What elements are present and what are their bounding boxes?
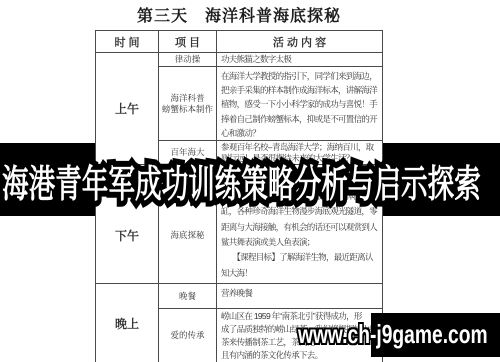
header-project: 项 目 (159, 31, 217, 53)
project-cell: 百年海大 (159, 141, 217, 165)
page: 第三天 海洋科普海底探秘 时 间 项 目 活 动 内 容 上午 律动操 功夫熊猫… (0, 0, 500, 362)
time-cell-morning: 上午 (96, 53, 159, 165)
content-cell: 参观百年名校--青岛海洋大学；海纳百川，取 则行远！是否很期待未来的大学生活？ (217, 141, 383, 165)
table-row: 上午 律动操 功夫熊猫之数字太极 (96, 53, 383, 67)
schedule-title: 第三天 海洋科普海底探秘 (95, 3, 383, 26)
table-header-row: 时 间 项 目 活 动 内 容 (96, 31, 383, 53)
header-time: 时 间 (96, 31, 159, 53)
project-cell: 海洋科普 螃蟹标本制作 (159, 67, 217, 141)
project-cell: 爱的传承 (159, 309, 217, 362)
content-cell: 在海洋大学教授的指引下，同学们来到海边， 把亲手采集的样本制作成海洋标本，讲解海… (217, 67, 383, 141)
watermark-url: www.ch-j9game.com (298, 321, 488, 347)
table-row: 晚上 晚餐 营养晚餐 (96, 284, 383, 309)
content-cell: 营养晚餐 (217, 284, 383, 309)
overlay-headline: 海港青年军成功训练策略分析与启示探索 (2, 166, 481, 204)
project-cell: 晚餐 (159, 284, 217, 309)
project-cell: 律动操 (159, 53, 217, 67)
content-cell: 功夫熊猫之数字太极 (217, 53, 383, 67)
header-content: 活 动 内 容 (217, 31, 383, 53)
time-cell-evening: 晚上 (96, 284, 159, 362)
